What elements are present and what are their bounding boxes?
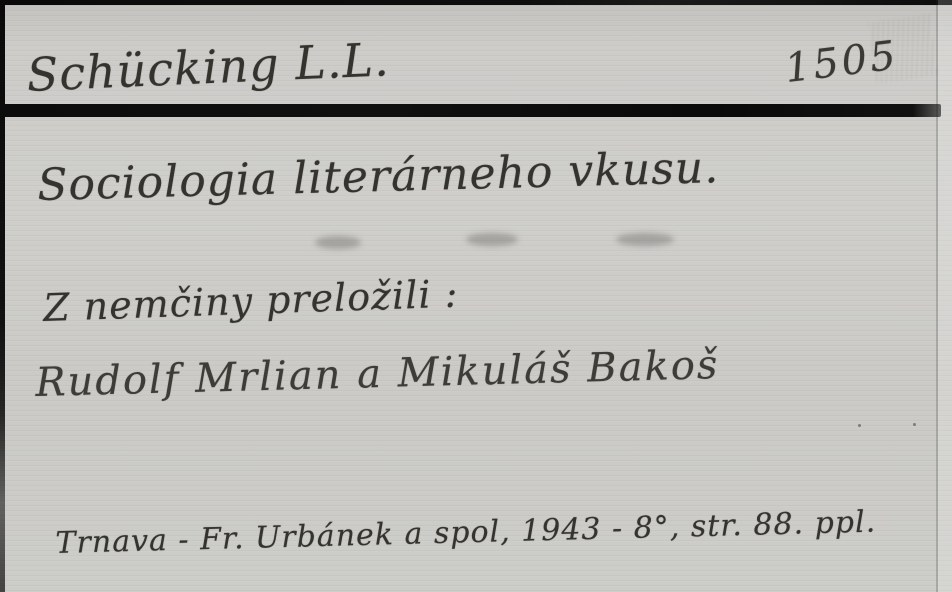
dust-speck <box>913 423 916 426</box>
ink-showthrough-smudge <box>466 233 518 246</box>
catalog-card: Schücking L.L. 1505 Sociologia literárne… <box>0 0 952 592</box>
scan-edge-left <box>0 0 5 592</box>
ink-showthrough-smudge <box>315 236 361 249</box>
scan-edge-right-margin <box>938 0 952 592</box>
book-title: Sociologia literárneho vkusu. <box>37 142 720 211</box>
dust-speck <box>858 424 861 427</box>
author-heading: Schücking L.L. <box>26 32 391 102</box>
translation-label: Z nemčiny preložili : <box>42 272 459 330</box>
translators-line: Rudolf Mrlian a Mikuláš Bakoš <box>35 342 720 406</box>
ink-showthrough-smudge <box>616 233 674 246</box>
imprint-line: Trnava - Fr. Urbánek a spol, 1943 - 8°, … <box>55 505 876 561</box>
header-rule <box>0 104 941 117</box>
scan-edge-top <box>0 0 952 5</box>
